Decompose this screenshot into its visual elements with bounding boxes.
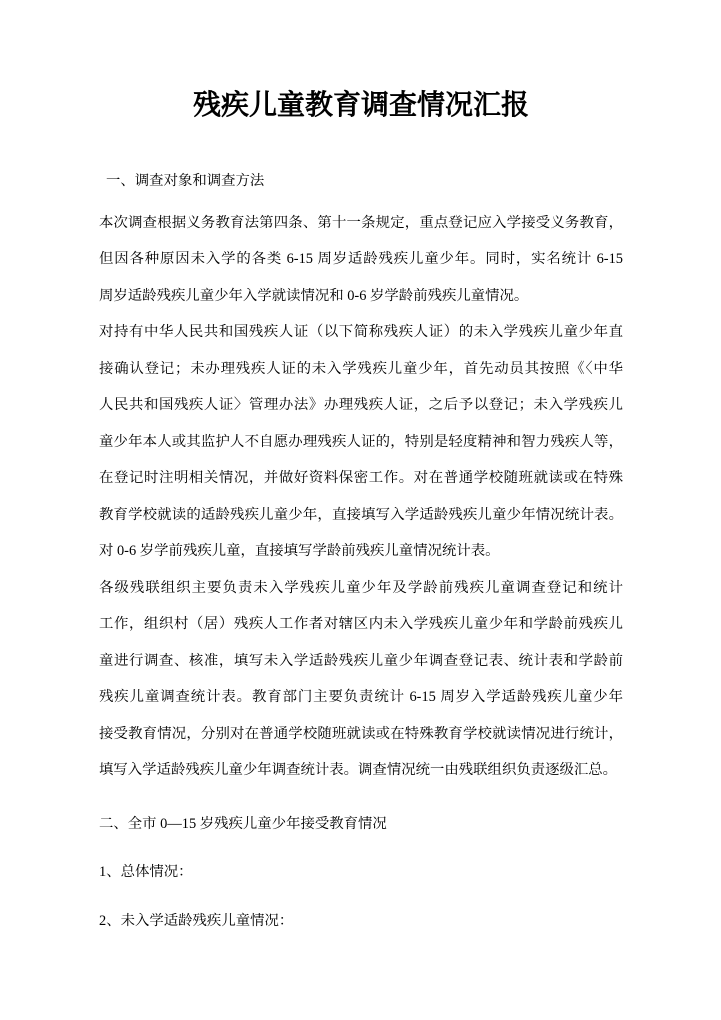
text-line: 周岁适龄残疾儿童少年入学就读情况和 0-6 岁学龄前残疾儿童情况。 (99, 278, 623, 315)
section-heading-survey-method: 一、调查对象和调查方法 (99, 163, 623, 200)
document-title: 残疾儿童教育调查情况汇报 (99, 86, 623, 126)
text-line: 在登记时注明相关情况，并做好资料保密工作。对在普通学校随班就读或在特殊 (99, 460, 623, 497)
paragraph-survey-scope: 本次调查根据义务教育法第四条、第十一条规定，重点登记应入学接受义务教育， 但因各… (99, 205, 623, 315)
text-line: 人民共和国残疾人证〉管理办法》办理残疾人证，之后予以登记；未入学残疾儿 (99, 387, 623, 424)
text-line: 教育学校就读的适龄残疾儿童少年，直接填写入学适龄残疾儿童少年情况统计表。 (99, 497, 623, 534)
text-line: 各级残联组织主要负责未入学残疾儿童少年及学龄前残疾儿童调查登记和统计 (99, 570, 623, 607)
list-item-overall-situation: 1、总体情况： (99, 854, 623, 891)
paragraph-responsibilities: 各级残联组织主要负责未入学残疾儿童少年及学龄前残疾儿童调查登记和统计 工作，组织… (99, 570, 623, 789)
text-line: 接受教育情况，分别对在普通学校随班就读或在特殊教育学校就读情况进行统计， (99, 716, 623, 753)
text-line: 残疾儿童调查统计表。教育部门主要负责统计 6-15 周岁入学适龄残疾儿童少年 (99, 679, 623, 716)
text-line: 童少年本人或其监护人不自愿办理残疾人证的，特别是轻度精神和智力残疾人等， (99, 424, 623, 461)
text-line: 填写入学适龄残疾儿童少年调查统计表。调查情况统一由残联组织负责逐级汇总。 (99, 752, 623, 789)
section-heading-education-status: 二、全市 0—15 岁残疾儿童少年接受教育情况 (99, 806, 623, 843)
document-page: 残疾儿童教育调查情况汇报 一、调查对象和调查方法 本次调查根据义务教育法第四条、… (0, 0, 721, 1020)
text-line: 但因各种原因未入学的各类 6-15 周岁适龄残疾儿童少年。同时，实名统计 6-1… (99, 241, 623, 278)
text-line: 工作，组织村（居）残疾人工作者对辖区内未入学残疾儿童少年和学龄前残疾儿 (99, 606, 623, 643)
text-line: 本次调查根据义务教育法第四条、第十一条规定，重点登记应入学接受义务教育， (99, 205, 623, 242)
text-line: 对持有中华人民共和国残疾人证（以下简称残疾人证）的未入学残疾儿童少年直 (99, 314, 623, 351)
text-line: 童进行调查、核准，填写未入学适龄残疾儿童少年调查登记表、统计表和学龄前 (99, 643, 623, 680)
list-item-unenrolled-children: 2、未入学适龄残疾儿童情况： (99, 903, 623, 940)
text-line: 对 0-6 岁学前残疾儿童，直接填写学龄前残疾儿童情况统计表。 (99, 533, 623, 570)
text-line: 接确认登记；未办理残疾人证的未入学残疾儿童少年，首先动员其按照《〈中华 (99, 351, 623, 388)
paragraph-registration-procedure: 对持有中华人民共和国残疾人证（以下简称残疾人证）的未入学残疾儿童少年直 接确认登… (99, 314, 623, 570)
document-content: 残疾儿童教育调查情况汇报 一、调查对象和调查方法 本次调查根据义务教育法第四条、… (0, 0, 721, 939)
